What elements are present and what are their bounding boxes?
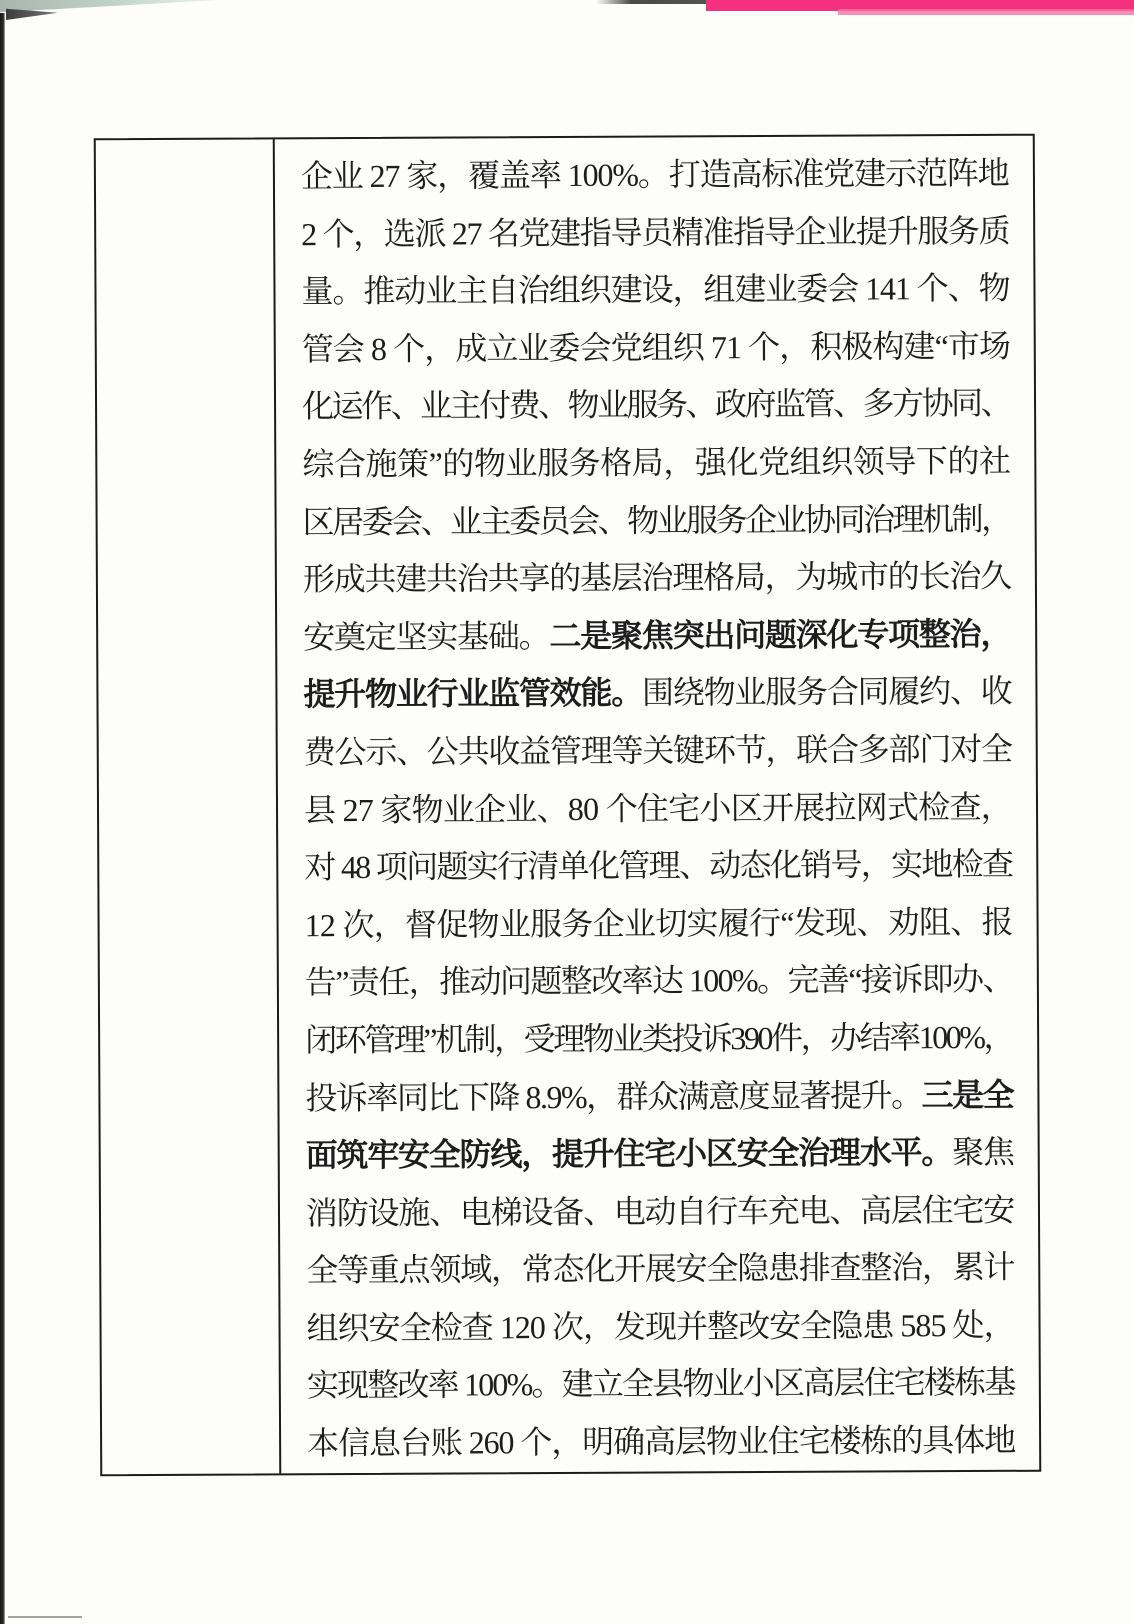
body-text: 企业 27 家，覆盖率 100%。打造高标准党建示范阵地: [301, 155, 1009, 194]
scan-bottom-mark: [8, 1616, 82, 1618]
body-text: 2 个，选派 27 名党建指导员精准指导企业提升服务质: [301, 212, 1009, 251]
text-line: 闭环管理”机制，受理物业类投诉390件，办结率100%，: [305, 1009, 1013, 1070]
body-text: 围绕物业服务合同履约、收: [642, 673, 1012, 711]
body-text: 形成共建共治共享的基层治理格局，为城市的长治久: [303, 558, 1011, 597]
body-text: 对 48 项问题实行清单化管理、动态化销号，实地检查: [304, 846, 1012, 885]
text-line: 本信息台账 260 个，明确高层物业住宅楼栋的具体地: [307, 1412, 1015, 1473]
text-line: 投诉率同比下降 8.9%，群众满意度显著提升。三是全: [305, 1066, 1013, 1127]
body-text: 县 27 家物业企业、80 个住宅小区开展拉网式检查，: [304, 788, 1012, 827]
body-text: 安奠定坚实基础。: [303, 618, 549, 655]
text-line: 形成共建共治共享的基层治理格局，为城市的长治久: [303, 548, 1011, 609]
body-text: 管会 8 个，成立业委会党组织 71 个，积极构建“市场: [302, 328, 1010, 367]
body-text: 实现整改率 100%。建立全县物业小区高层住宅楼栋基: [307, 1364, 1015, 1403]
text-line: 量。推动业主自治组织建设，组建业委会 141 个、物: [301, 260, 1009, 321]
body-text: 告”责任，推动问题整改率达 100%。完善“接诉即办、: [305, 961, 1013, 1000]
text-line: 安奠定坚实基础。二是聚焦突出问题深化专项整治，: [303, 606, 1011, 667]
text-line: 2 个，选派 27 名党建指导员精准指导企业提升服务质: [301, 202, 1009, 263]
scan-left-edge: [0, 13, 5, 1624]
body-text: 12 次，督促物业服务企业切实履行“发现、劝阻、报: [304, 904, 1012, 943]
body-text: 聚焦: [952, 1134, 1014, 1170]
text-line: 实现整改率 100%。建立全县物业小区高层住宅楼栋基: [307, 1354, 1015, 1415]
table-cell-text-column: 企业 27 家，覆盖率 100%。打造高标准党建示范阵地2 个，选派 27 名党…: [275, 136, 1040, 1474]
text-line: 12 次，督促物业服务企业切实履行“发现、劝阻、报: [304, 894, 1012, 955]
text-line: 组织安全检查 120 次，发现并整改安全隐患 585 处，: [306, 1297, 1014, 1358]
body-text: 综合施策”的物业服务格局，强化党组织领导下的社: [302, 443, 1010, 482]
emphasis-text: 面筑牢安全防线，提升住宅小区安全治理水平。: [306, 1134, 953, 1173]
text-line: 提升物业行业监管效能。围绕物业服务合同履约、收: [303, 663, 1011, 724]
body-text: 消防设施、电梯设备、电动自行车充电、高层住宅安: [306, 1192, 1014, 1231]
text-line: 企业 27 家，覆盖率 100%。打造高标准党建示范阵地: [301, 145, 1009, 206]
body-text: 区居委会、业主委员会、物业服务企业协同治理机制，: [303, 500, 1011, 539]
document-table: 企业 27 家，覆盖率 100%。打造高标准党建示范阵地2 个，选派 27 名党…: [94, 134, 1042, 1477]
body-text: 组织安全检查 120 次，发现并整改安全隐患 585 处，: [306, 1307, 1014, 1346]
emphasis-text: 三是全: [922, 1076, 1014, 1112]
page-corner-streak: [0, 0, 267, 13]
text-line: 县 27 家物业企业、80 个住宅小区开展拉网式检查，: [304, 778, 1012, 839]
table-cell-label-column: [96, 139, 282, 1474]
text-line: 综合施策”的物业服务格局，强化党组织领导下的社: [302, 433, 1010, 494]
text-line: 化运作、业主付费、物业服务、政府监管、多方协同、: [302, 375, 1010, 436]
scanned-page: 企业 27 家，覆盖率 100%。打造高标准党建示范阵地2 个，选派 27 名党…: [0, 0, 1134, 1624]
body-text: 闭环管理”机制，受理物业类投诉390件，办结率100%，: [305, 1019, 1013, 1058]
text-line: 费公示、公共收益管理等关键环节，联合多部门对全: [304, 721, 1012, 782]
text-line: 区居委会、业主委员会、物业服务企业协同治理机制，: [302, 490, 1010, 551]
scan-top-edge-line: [596, 0, 714, 4]
body-text: 量。推动业主自治组织建设，组建业委会 141 个、物: [301, 270, 1009, 309]
pink-highlight-fringe: [838, 9, 1134, 15]
emphasis-text: 提升物业行业监管效能。: [303, 675, 642, 713]
text-line: 对 48 项问题实行清单化管理、动态化销号，实地检查: [304, 836, 1012, 897]
text-line: 面筑牢安全防线，提升住宅小区安全治理水平。聚焦: [306, 1124, 1014, 1185]
body-text: 化运作、业主付费、物业服务、政府监管、多方协同、: [302, 385, 1010, 424]
text-line: 告”责任，推动问题整改率达 100%。完善“接诉即办、: [305, 951, 1013, 1012]
text-line: 管会 8 个，成立业委会党组织 71 个，积极构建“市场: [302, 318, 1010, 379]
body-text: 投诉率同比下降 8.9%，群众满意度显著提升。: [305, 1077, 921, 1116]
body-text: 全等重点领域，常态化开展安全隐患排查整治，累计: [306, 1249, 1014, 1288]
text-line: 全等重点领域，常态化开展安全隐患排查整治，累计: [306, 1239, 1014, 1300]
text-line: 消防设施、电梯设备、电动自行车充电、高层住宅安: [306, 1182, 1014, 1243]
emphasis-text: 二是聚焦突出问题深化专项整治，: [549, 616, 1011, 654]
body-text: 本信息台账 260 个，明确高层物业住宅楼栋的具体地: [307, 1422, 1015, 1461]
body-text: 费公示、公共收益管理等关键环节，联合多部门对全: [304, 731, 1012, 770]
